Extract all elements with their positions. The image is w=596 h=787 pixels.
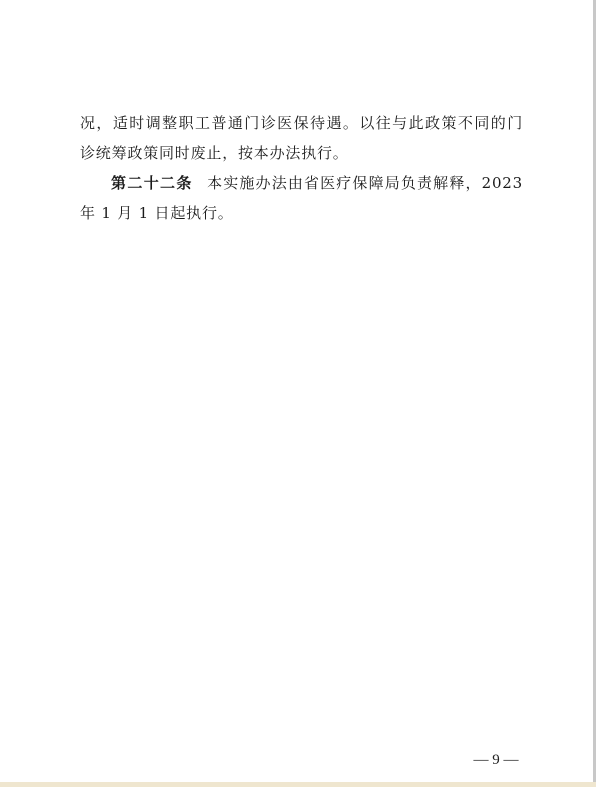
page-number: — 9 — xyxy=(466,752,526,769)
document-viewer: 况，适时调整职工普通门诊医保待遇。以往与此政策不同的门 诊统筹政策同时废止，按本… xyxy=(0,0,596,787)
paragraph-continuation: 况，适时调整职工普通门诊医保待遇。以往与此政策不同的门 诊统筹政策同时废止，按本… xyxy=(80,108,523,168)
document-page: 况，适时调整职工普通门诊医保待遇。以往与此政策不同的门 诊统筹政策同时废止，按本… xyxy=(0,0,593,782)
text-line: 年 1 月 1 日起执行。 xyxy=(80,198,523,228)
article-text: 本实施办法由省医疗保障局负责解释，2023 xyxy=(207,174,523,192)
text-line: 第二十二条本实施办法由省医疗保障局负责解释，2023 xyxy=(80,168,523,198)
article-number: 第二十二条 xyxy=(111,174,193,192)
article-22: 第二十二条本实施办法由省医疗保障局负责解释，2023 年 1 月 1 日起执行。 xyxy=(80,168,523,228)
viewer-bottom-band xyxy=(0,782,596,787)
page-body: 况，适时调整职工普通门诊医保待遇。以往与此政策不同的门 诊统筹政策同时废止，按本… xyxy=(80,108,523,228)
text-line: 况，适时调整职工普通门诊医保待遇。以往与此政策不同的门 xyxy=(80,108,523,138)
text-line: 诊统筹政策同时废止，按本办法执行。 xyxy=(80,138,523,168)
